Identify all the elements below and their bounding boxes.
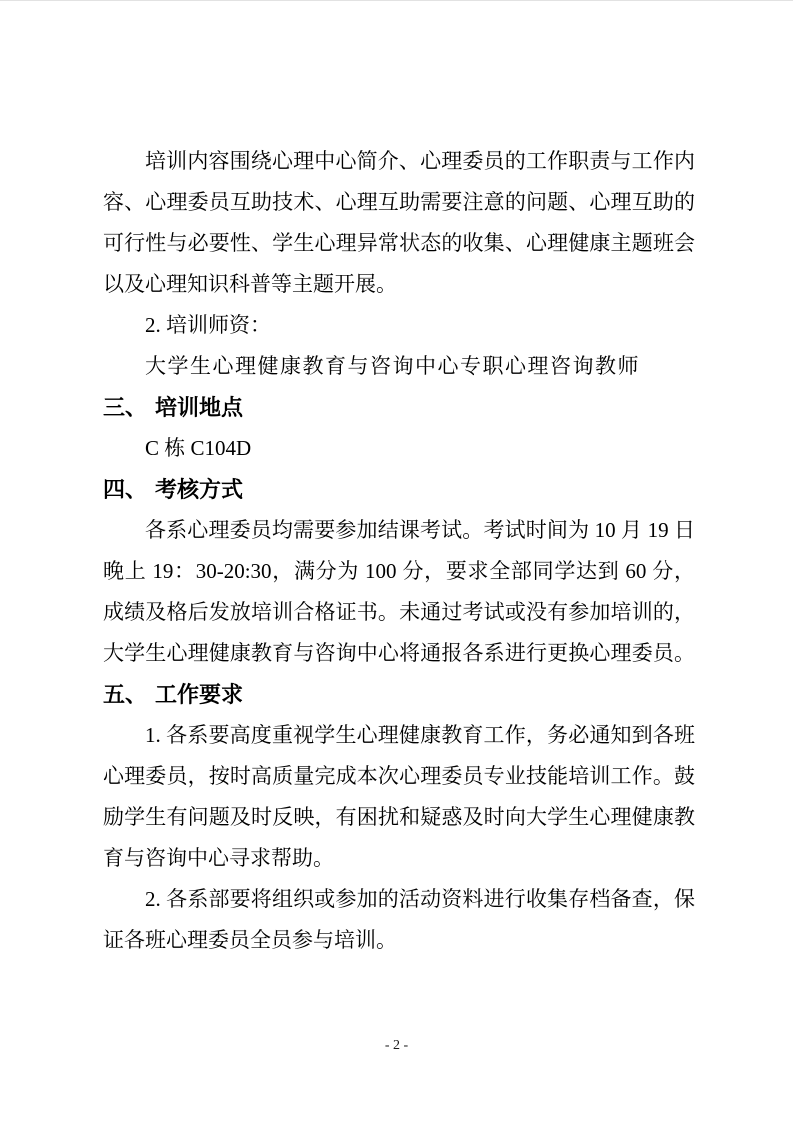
para-assessment-line-1: 各系心理委员均需要参加结课考试。考试时间为 10 月 19 日: [103, 510, 695, 551]
training-teachers-value: 大学生心理健康教育与咨询中心专职心理咨询教师: [103, 346, 695, 387]
para-training-content-line-3: 可行性与必要性、学生心理异常状态的收集、心理健康主题班会: [103, 223, 695, 264]
para-assessment-line-2: 晚上 19：30-20:30，满分为 100 分，要求全部同学达到 60 分，: [103, 551, 695, 592]
text-block: 培训内容围绕心理中心简介、心理委员的工作职责与工作内 容、心理委员互助技术、心理…: [103, 141, 695, 961]
para-assessment-line-3: 成绩及格后发放培训合格证书。未通过考试或没有参加培训的，: [103, 592, 695, 633]
para-requirement-2-line-1: 2. 各系部要将组织或参加的活动资料进行收集存档备查，保: [103, 879, 695, 920]
heading-work-requirements-number: 五、: [103, 682, 147, 707]
heading-training-location: 三、培训地点: [103, 387, 695, 428]
heading-work-requirements: 五、工作要求: [103, 674, 695, 715]
para-requirement-1-line-1: 1. 各系要高度重视学生心理健康教育工作，务必通知到各班: [103, 715, 695, 756]
para-training-content-line-1: 培训内容围绕心理中心简介、心理委员的工作职责与工作内: [103, 141, 695, 182]
page-footer: - 2 -: [0, 1036, 793, 1056]
para-training-content-line-4: 以及心理知识科普等主题开展。: [103, 264, 695, 305]
training-location-value: C 栋 C104D: [103, 428, 695, 469]
heading-assessment-method: 四、考核方式: [103, 469, 695, 510]
heading-work-requirements-title: 工作要求: [155, 682, 243, 707]
document-page: 培训内容围绕心理中心简介、心理委员的工作职责与工作内 容、心理委员互助技术、心理…: [0, 0, 793, 1122]
training-teachers-label: 2. 培训师资：: [103, 305, 695, 346]
heading-training-location-number: 三、: [103, 395, 147, 420]
para-requirement-1-line-3: 励学生有问题及时反映，有困扰和疑惑及时向大学生心理健康教: [103, 797, 695, 838]
para-requirement-1-line-2: 心理委员，按时高质量完成本次心理委员专业技能培训工作。鼓: [103, 756, 695, 797]
para-requirement-2-line-2: 证各班心理委员全员参与培训。: [103, 920, 695, 961]
para-training-content-line-2: 容、心理委员互助技术、心理互助需要注意的问题、心理互助的: [103, 182, 695, 223]
para-requirement-1-line-4: 育与咨询中心寻求帮助。: [103, 838, 695, 879]
heading-assessment-method-number: 四、: [103, 477, 147, 502]
heading-training-location-title: 培训地点: [155, 395, 243, 420]
page-number: - 2 -: [385, 1038, 408, 1053]
page-top-edge: [0, 0, 793, 1]
heading-assessment-method-title: 考核方式: [155, 477, 243, 502]
para-assessment-line-4: 大学生心理健康教育与咨询中心将通报各系进行更换心理委员。: [103, 633, 695, 674]
